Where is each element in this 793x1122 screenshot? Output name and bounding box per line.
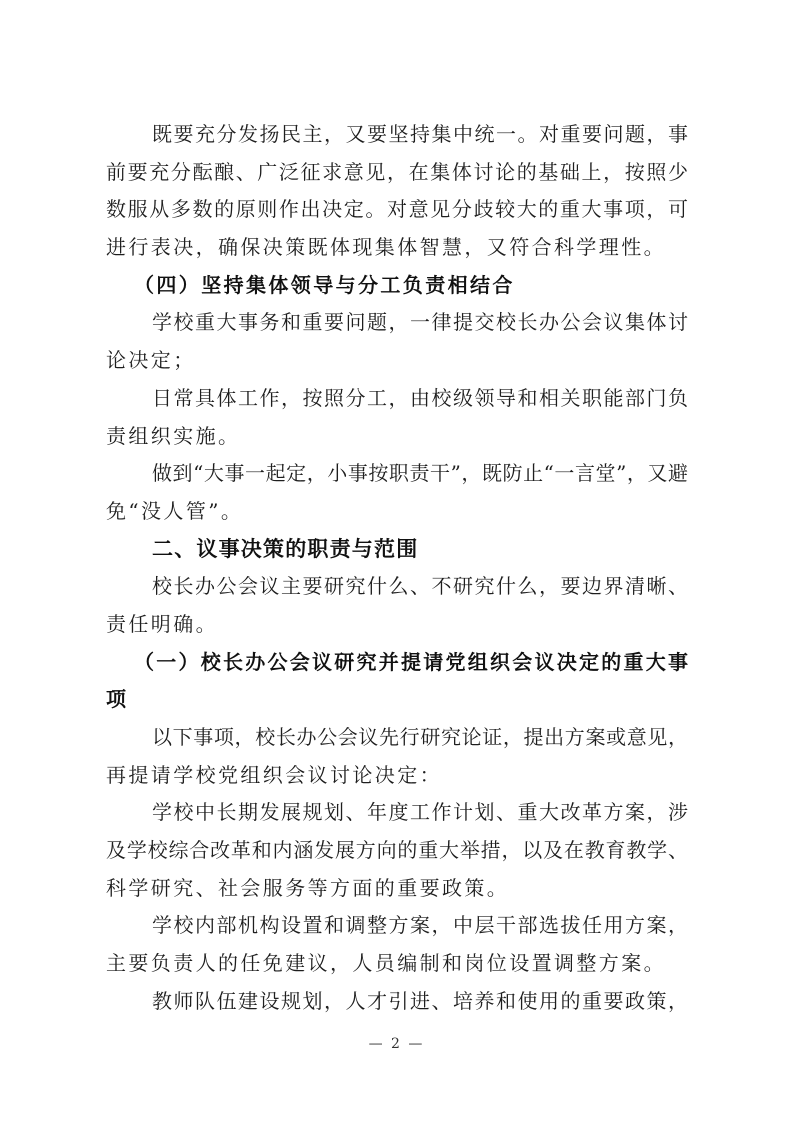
section-heading: 二、议事决策的职责与范围 [106, 531, 688, 569]
paragraph-line: 教师队伍建设规划，人才引进、培养和使用的重要政策， [106, 983, 688, 1021]
document-body: 既要充分发扬民主，又要坚持集中统一。对重要问题，事 前要充分酝酿、广泛征求意见，… [106, 116, 688, 1021]
paragraph-line: 进行表决，确保决策既体现集体智慧，又符合科学理性。 [106, 229, 688, 267]
paragraph-line: 责组织实施。 [106, 418, 688, 456]
paragraph-line: 责任明确。 [106, 606, 688, 644]
paragraph-line: 做到“大事一起定，小事按职责干”，既防止“一言堂”，又避 [106, 455, 688, 493]
document-page: 既要充分发扬民主，又要坚持集中统一。对重要问题，事 前要充分酝酿、广泛征求意见，… [0, 0, 793, 1122]
paragraph-line: 及学校综合改革和内涵发展方向的重大举措，以及在教育教学、 [106, 832, 688, 870]
paragraph-line: 以下事项，校长办公会议先行研究论证，提出方案或意见， [106, 719, 688, 757]
paragraph-line: 学校中长期发展规划、年度工作计划、重大改革方案，涉 [106, 794, 688, 832]
paragraph-line: 学校内部机构设置和调整方案，中层干部选拔任用方案， [106, 907, 688, 945]
paragraph-line: 主要负责人的任免建议，人员编制和岗位设置调整方案。 [106, 945, 688, 983]
subheading: （四）坚持集体领导与分工负责相结合 [106, 267, 688, 305]
paragraph-line: 数服从多数的原则作出决定。对意见分歧较大的重大事项，可 [106, 191, 688, 229]
paragraph-line: 学校重大事务和重要问题，一律提交校长办公会议集体讨 [106, 304, 688, 342]
paragraph-line: 前要充分酝酿、广泛征求意见，在集体讨论的基础上，按照少 [106, 154, 688, 192]
page-number: — 2 — [0, 1036, 793, 1052]
subheading: （一）校长办公会议研究并提请党组织会议决定的重大事 [106, 644, 688, 682]
subheading: 项 [106, 681, 688, 719]
paragraph-line: 论决定； [106, 342, 688, 380]
paragraph-line: 日常具体工作，按照分工，由校级领导和相关职能部门负 [106, 380, 688, 418]
paragraph-line: 再提请学校党组织会议讨论决定： [106, 757, 688, 795]
paragraph-line: 免“没人管”。 [106, 493, 688, 531]
paragraph-line: 科学研究、社会服务等方面的重要政策。 [106, 870, 688, 908]
paragraph-line: 校长办公会议主要研究什么、不研究什么，要边界清晰、 [106, 568, 688, 606]
paragraph-line: 既要充分发扬民主，又要坚持集中统一。对重要问题，事 [106, 116, 688, 154]
